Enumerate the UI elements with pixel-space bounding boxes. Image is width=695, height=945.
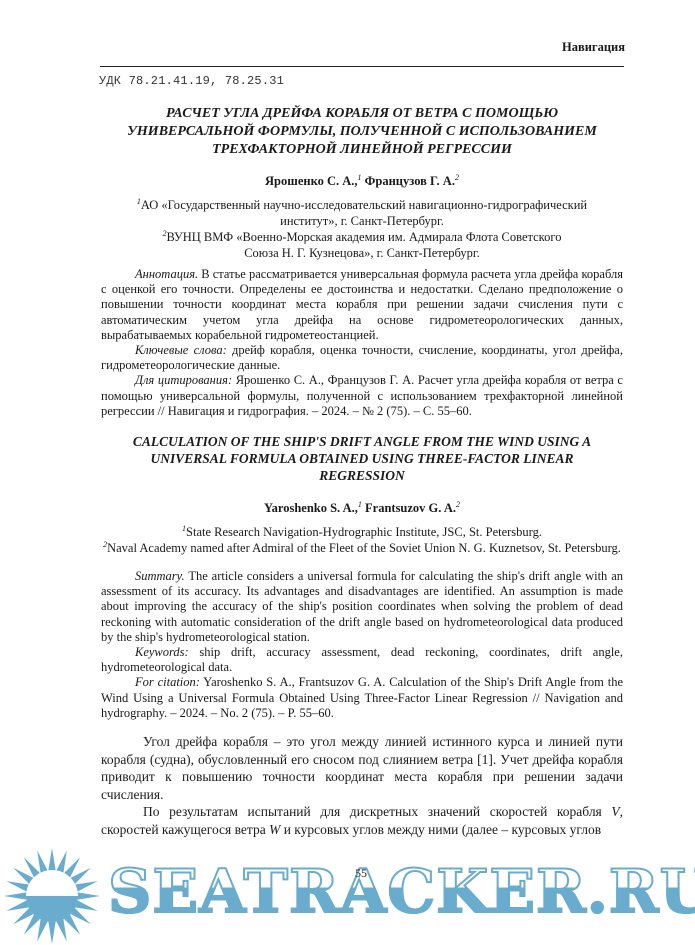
body-text: Угол дрейфа корабля – это угол между лин… — [101, 733, 623, 839]
title-ru: РАСЧЕТ УГЛА ДРЕЙФА КОРАБЛЯ ОТ ВЕТРА С ПО… — [100, 105, 624, 159]
sun-icon — [2, 844, 102, 944]
title-en-line: REGRESSION — [100, 467, 624, 484]
page-number: 55 — [355, 866, 367, 881]
authors-ru: Ярошенко С. А.,1 Французов Г. А.2 — [100, 173, 624, 189]
title-ru-line: УНИВЕРСАЛЬНОЙ ФОРМУЛЫ, ПОЛУЧЕННОЙ С ИСПО… — [100, 123, 624, 141]
title-en-line: CALCULATION OF THE SHIP'S DRIFT ANGLE FR… — [100, 433, 624, 450]
udk-code: УДК 78.21.41.19, 78.25.31 — [99, 74, 284, 88]
watermark: SEATRACKER.RU — [0, 842, 695, 945]
body-paragraph: Угол дрейфа корабля – это угол между лин… — [101, 733, 623, 803]
title-ru-line: РАСЧЕТ УГЛА ДРЕЙФА КОРАБЛЯ ОТ ВЕТРА С ПО… — [100, 105, 624, 123]
header-rule — [100, 66, 624, 67]
abstract: Аннотация. В статье рассматривается унив… — [101, 267, 623, 343]
title-en: CALCULATION OF THE SHIP'S DRIFT ANGLE FR… — [100, 433, 624, 484]
title-ru-line: ТРЕХФАКТОРНОЙ ЛИНЕЙНОЙ РЕГРЕССИИ — [100, 141, 624, 159]
affiliation-en-2: 2Naval Academy named after Admiral of th… — [90, 537, 634, 556]
body-paragraph: По результатам испытаний для дискретных … — [101, 803, 623, 838]
watermark-text: SEATRACKER.RU — [108, 856, 695, 928]
author-name: Французов Г. А. — [365, 174, 455, 188]
author-name: Ярошенко С. А., — [265, 174, 358, 188]
abstract-en: Summary. The article considers a univers… — [101, 569, 623, 721]
authors-en: Yaroshenko S. A.,1 Frantsuzov G. A.2 — [100, 500, 624, 516]
summary: Summary. The article considers a univers… — [101, 569, 623, 645]
keywords: Keywords: ship drift, accuracy assessmen… — [101, 645, 623, 675]
author-name: Frantsuzov G. A. — [365, 501, 456, 515]
keywords: Ключевые слова: дрейф корабля, оценка то… — [101, 343, 623, 373]
author-name: Yaroshenko S. A., — [264, 501, 358, 515]
title-en-line: UNIVERSAL FORMULA OBTAINED USING THREE-F… — [100, 450, 624, 467]
citation: For citation: Yaroshenko S. A., Frantsuz… — [101, 675, 623, 721]
affiliation-ru-1: 1АО «Государственный научно-исследовател… — [130, 194, 594, 229]
section-label: Навигация — [562, 40, 625, 55]
citation: Для цитирования: Ярошенко С. А., Француз… — [101, 373, 623, 419]
affiliation-ru-2: 2ВУНЦ ВМФ «Военно-Морская академия им. А… — [150, 226, 574, 261]
journal-page: Навигация УДК 78.21.41.19, 78.25.31 РАСЧ… — [0, 0, 695, 945]
abstract-ru: Аннотация. В статье рассматривается унив… — [101, 267, 623, 419]
